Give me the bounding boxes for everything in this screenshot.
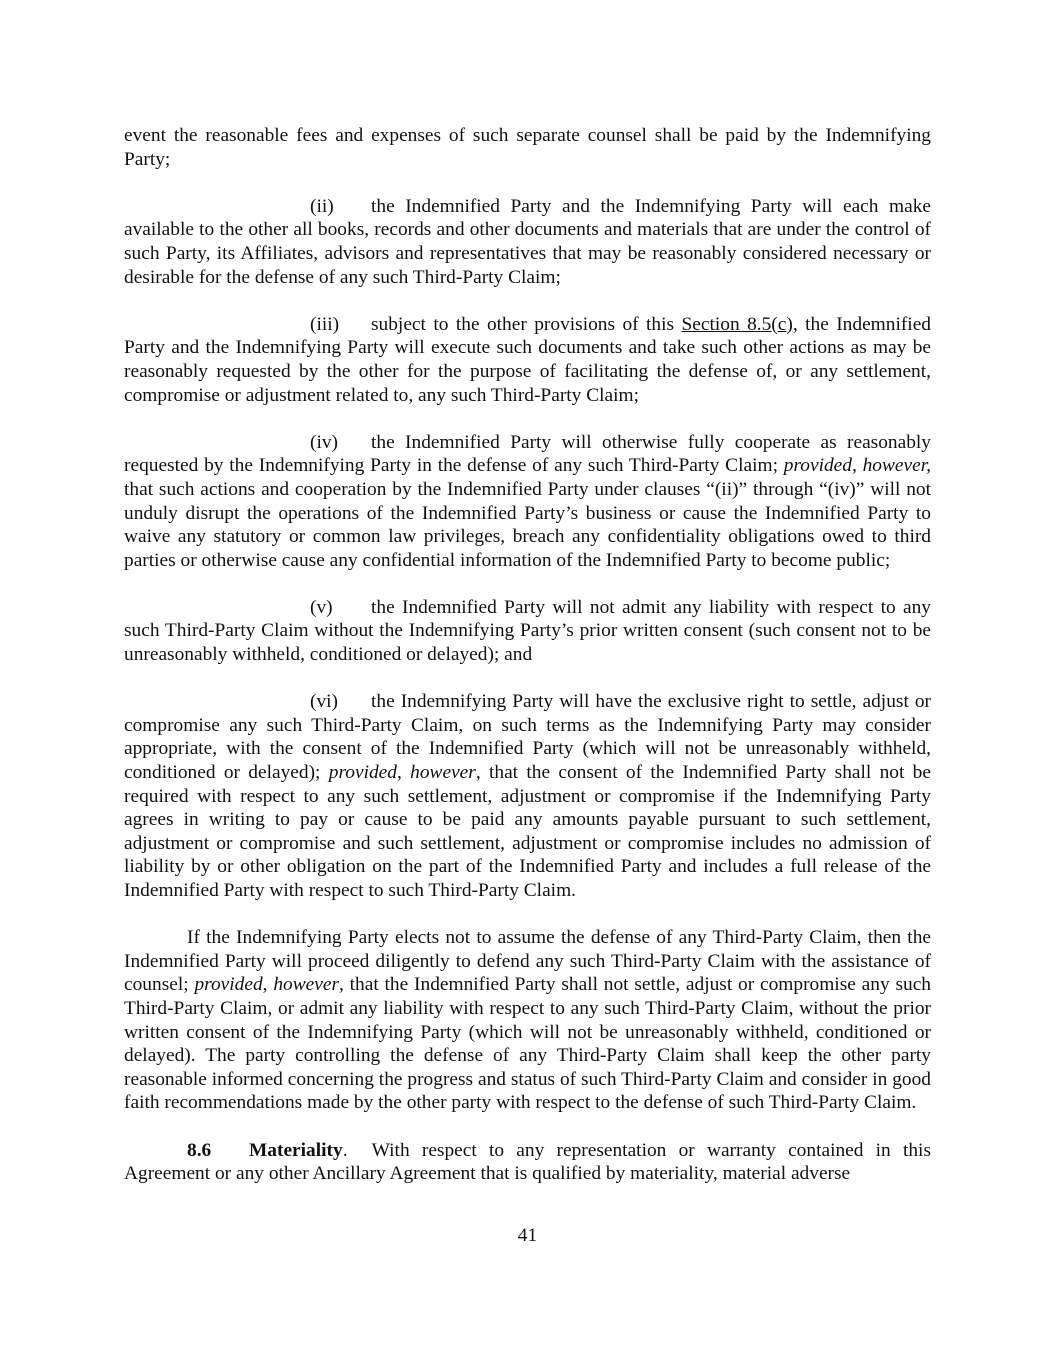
clause-number: (vi) (310, 690, 371, 714)
section-title: Materiality (249, 1140, 343, 1161)
paragraph-gap (124, 289, 931, 313)
proviso-italic: however (273, 974, 339, 995)
section-8-6: 8.6Materiality. With respect to any repr… (124, 1139, 931, 1186)
continuation-text: event the reasonable fees and expenses o… (124, 125, 931, 170)
clause-number: (v) (310, 596, 371, 620)
paragraph-gap (124, 171, 931, 195)
section-reference-link[interactable]: Section 8.5(c) (681, 314, 792, 335)
separator: , (263, 974, 274, 995)
continuation-paragraph: event the reasonable fees and expenses o… (124, 124, 931, 171)
clause-number: (iii) (310, 313, 371, 337)
clause-text: the Indemnified Party and the Indemnifyi… (124, 196, 931, 288)
page-number: 41 (0, 1224, 1055, 1248)
paragraph-gap (124, 1115, 931, 1139)
proviso-italic: provided, however, (784, 455, 931, 476)
clause-iii: (iii)subject to the other provisions of … (124, 313, 931, 407)
paragraph-gap (124, 407, 931, 431)
clause-vi: (vi)the Indemnifying Party will have the… (124, 690, 931, 902)
clause-text: subject to the other provisions of this (371, 314, 681, 335)
clause-iv: (iv)the Indemnified Party will otherwise… (124, 431, 931, 573)
clause-text: the Indemnified Party will not admit any… (124, 597, 931, 665)
separator: , (397, 762, 410, 783)
proviso-italic: provided (329, 762, 397, 783)
document-page: event the reasonable fees and expenses o… (124, 124, 931, 1186)
clause-text: that such actions and cooperation by the… (124, 479, 931, 571)
proviso-italic: provided (194, 974, 262, 995)
section-number: 8.6 (187, 1139, 249, 1163)
proviso-italic: however (410, 762, 476, 783)
paragraph-gap (124, 903, 931, 927)
closing-paragraph: If the Indemnifying Party elects not to … (124, 926, 931, 1115)
clause-ii: (ii)the Indemnified Party and the Indemn… (124, 195, 931, 289)
paragraph-gap (124, 572, 931, 596)
clause-v: (v)the Indemnified Party will not admit … (124, 596, 931, 667)
clause-number: (iv) (310, 431, 371, 455)
paragraph-gap (124, 667, 931, 691)
clause-number: (ii) (310, 195, 371, 219)
